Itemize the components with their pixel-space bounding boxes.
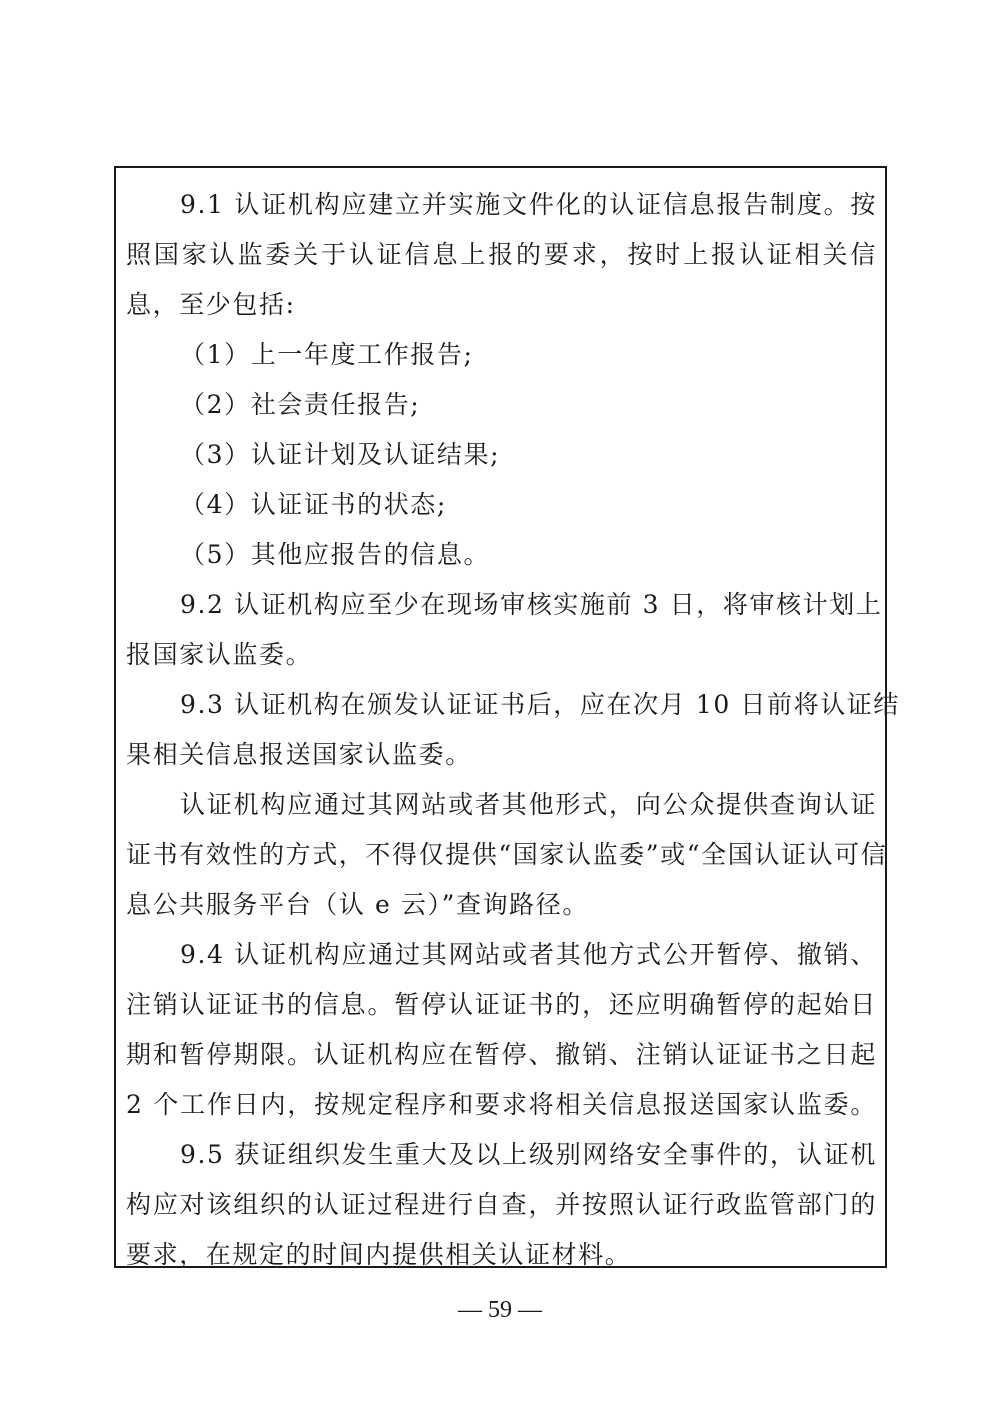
list-item: （4）认证证书的状态; [126,480,877,530]
section-9-3-paragraph-2: 认证机构应通过其网站或者其他形式，向公众提供查询认证 证书有效性的方式，不得仅提… [126,780,877,930]
paragraph-line: 息，至少包括: [126,280,877,330]
paragraph-line: 注销认证证书的信息。暂停认证证书的，还应明确暂停的起始日 [126,980,877,1030]
list-item: （1）上一年度工作报告; [126,330,877,380]
bordered-text-box: 9.1 认证机构应建立并实施文件化的认证信息报告制度。按 照国家认监委关于认证信… [114,166,887,1268]
paragraph-line: 9.5 获证组织发生重大及以上级别网络安全事件的，认证机 [126,1130,877,1180]
paragraph-line: 构应对该组织的认证过程进行自查，并按照认证行政监管部门的 [126,1180,877,1230]
section-9-4: 9.4 认证机构应通过其网站或者其他方式公开暂停、撤销、 注销认证证书的信息。暂… [126,930,877,1130]
section-9-3: 9.3 认证机构在颁发认证证书后，应在次月 10 日前将认证结 果相关信息报送国… [126,680,877,780]
paragraph-line: 2 个工作日内，按规定程序和要求将相关信息报送国家认监委。 [126,1080,877,1130]
page-number: — 59 — [0,1290,1000,1330]
list-item: （2）社会责任报告; [126,380,877,430]
list-item: （5）其他应报告的信息。 [126,530,877,580]
paragraph-line: 果相关信息报送国家认监委。 [126,730,877,780]
paragraph-line: 9.3 认证机构在颁发认证证书后，应在次月 10 日前将认证结 [126,680,877,730]
list-item: （3）认证计划及认证结果; [126,430,877,480]
paragraph-line: 9.4 认证机构应通过其网站或者其他方式公开暂停、撤销、 [126,930,877,980]
paragraph-line: 照国家认监委关于认证信息上报的要求，按时上报认证相关信 [126,230,877,280]
section-9-5: 9.5 获证组织发生重大及以上级别网络安全事件的，认证机 构应对该组织的认证过程… [126,1130,877,1280]
paragraph-line: 息公共服务平台（认 e 云）”查询路径。 [126,880,877,930]
paragraph-line: 期和暂停期限。认证机构应在暂停、撤销、注销认证证书之日起 [126,1030,877,1080]
section-9-1-list: （1）上一年度工作报告; （2）社会责任报告; （3）认证计划及认证结果; （4… [126,330,877,580]
paragraph-line: 认证机构应通过其网站或者其他形式，向公众提供查询认证 [126,780,877,830]
section-9-1: 9.1 认证机构应建立并实施文件化的认证信息报告制度。按 照国家认监委关于认证信… [126,180,877,330]
paragraph-line: 报国家认监委。 [126,630,877,680]
paragraph-line: 9.2 认证机构应至少在现场审核实施前 3 日，将审核计划上 [126,580,877,630]
paragraph-line: 证书有效性的方式，不得仅提供“国家认监委”或“全国认证认可信 [126,830,877,880]
document-body: 9.1 认证机构应建立并实施文件化的认证信息报告制度。按 照国家认监委关于认证信… [126,180,877,1280]
section-9-2: 9.2 认证机构应至少在现场审核实施前 3 日，将审核计划上 报国家认监委。 [126,580,877,680]
paragraph-line: 9.1 认证机构应建立并实施文件化的认证信息报告制度。按 [126,180,877,230]
paragraph-line: 要求，在规定的时间内提供相关认证材料。 [126,1230,877,1280]
